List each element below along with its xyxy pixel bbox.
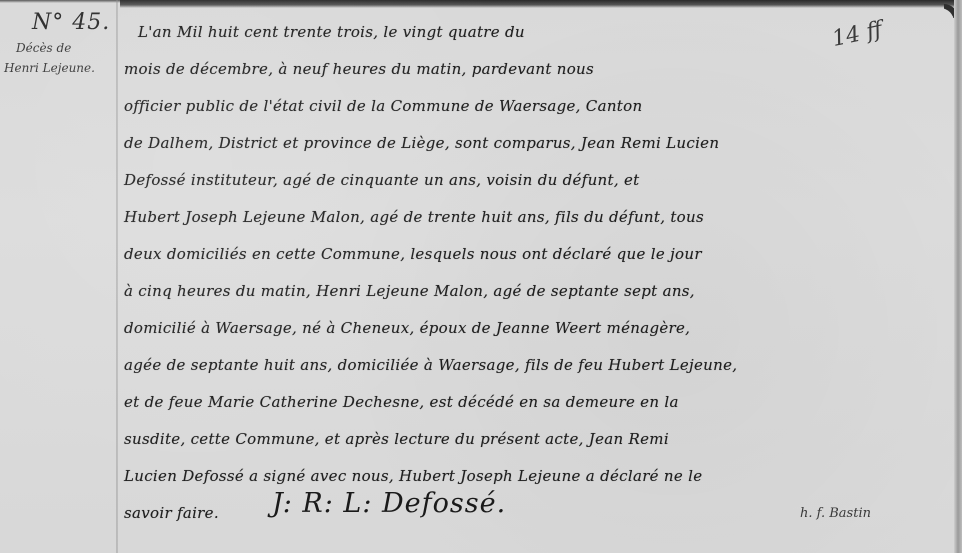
record-line: Hubert Joseph Lejeune Malon, agé de tren… [124,199,924,236]
record-line: Defossé instituteur, agé de cinquante un… [124,162,924,199]
record-line: de Dalhem, District et province de Liège… [124,125,924,162]
officer-signature: h. f. Bastin [800,506,871,521]
margin-top-edge [0,0,120,3]
margin-line-deces: Décès de [4,38,114,58]
record-line: L'an Mil huit cent trente trois, le ving… [124,14,924,51]
record-line: mois de décembre, à neuf heures du matin… [124,51,924,88]
page-right-edge [954,0,962,553]
record-line: susdite, cette Commune, et après lecture… [124,421,924,458]
record-line: deux domiciliés en cette Commune, lesque… [124,236,924,273]
declarant-signature: J: R: L: Defossé. [272,488,506,519]
signature-row: J: R: L: Defossé. h. f. Bastin [124,484,924,534]
entry-number: N° 45. [4,8,114,38]
record-line: à cinq heures du matin, Henri Lejeune Ma… [124,273,924,310]
record-body: L'an Mil huit cent trente trois, le ving… [124,14,924,532]
page-top-edge-shadow [120,0,962,8]
record-line: domicilié à Waersage, né à Cheneux, épou… [124,310,924,347]
scanned-register-page: N° 45. Décès de Henri Lejeune. 14 ff L'a… [0,0,962,553]
margin-line-name: Henri Lejeune. [4,58,114,78]
record-line: et de feue Marie Catherine Dechesne, est… [124,384,924,421]
margin-annotation: N° 45. Décès de Henri Lejeune. [4,8,114,78]
record-line: officier public de l'état civil de la Co… [124,88,924,125]
record-line: agée de septante huit ans, domiciliée à … [124,347,924,384]
page-corner-fold [940,8,954,22]
margin-ruled-line [116,0,118,553]
